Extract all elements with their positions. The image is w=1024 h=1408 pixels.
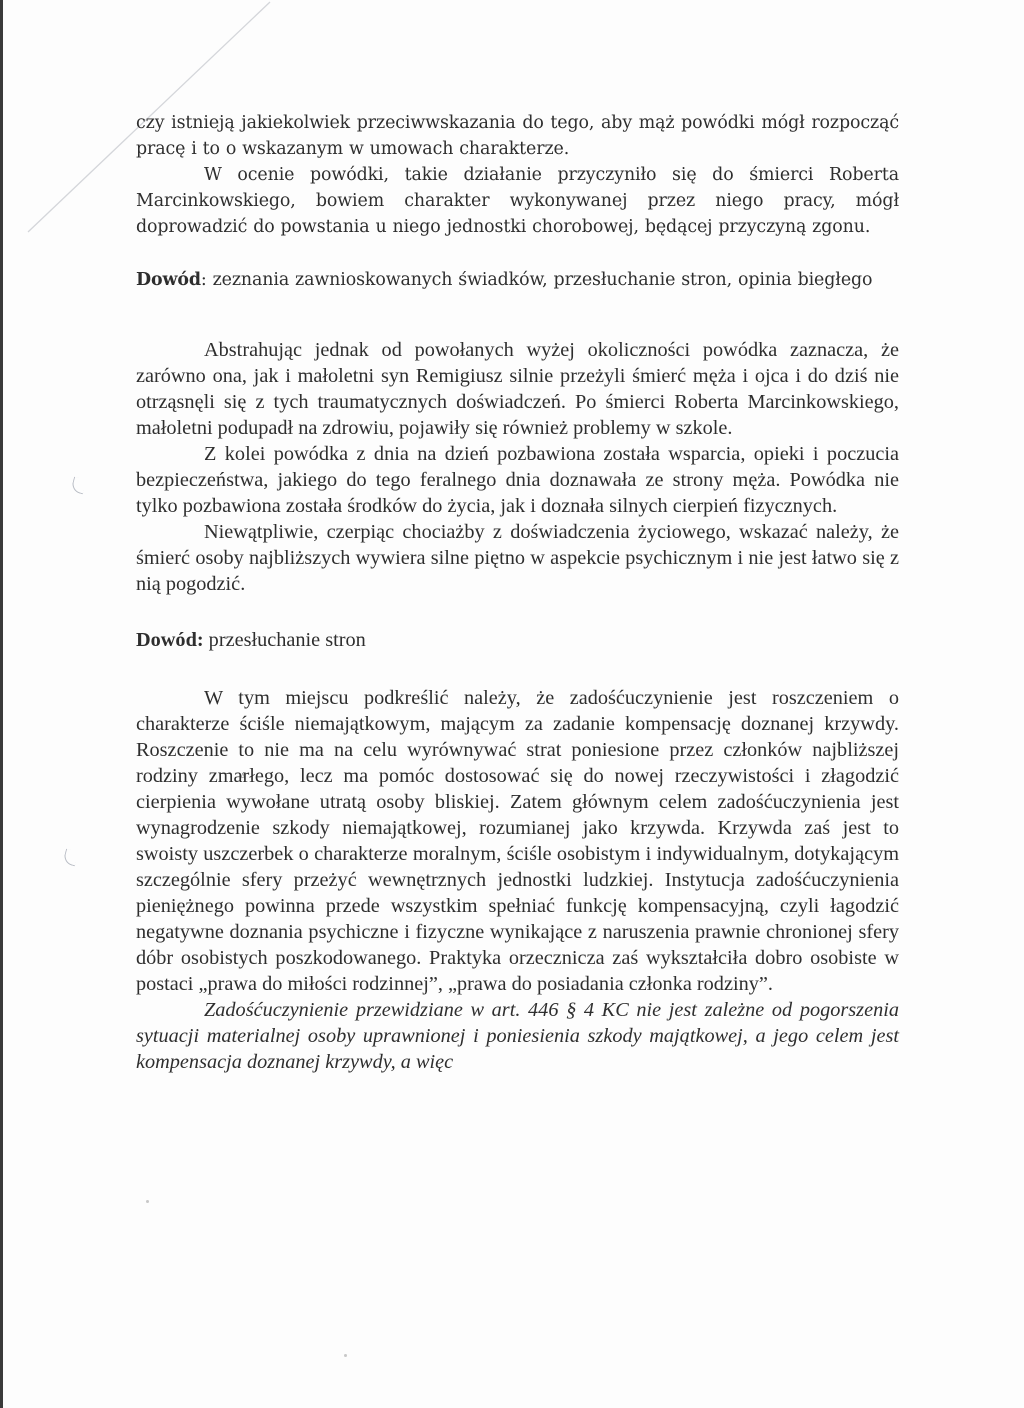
proof-text: : zeznania zawnioskowanych świadków, prz… <box>201 270 873 290</box>
punch-hole-mark-upper <box>70 477 86 495</box>
paragraph-plaintiff-assessment: W ocenie powódki, takie działanie przycz… <box>136 162 899 240</box>
paragraph-compensation-nature: W tym miejscu podkreślić należy, że zado… <box>136 685 899 997</box>
paragraph-psychological-impact: Niewątpliwie, czerpiąc chociażby z doświ… <box>136 519 899 597</box>
proof-label: Dowód: <box>136 629 204 651</box>
proof-witnesses: Dowód: zeznania zawnioskowanych świadków… <box>136 267 899 293</box>
scan-edge-shadow <box>0 0 3 1408</box>
paragraph-contraindications: czy istnieją jakiekolwiek przeciwwskazan… <box>136 110 899 162</box>
paragraph-loss-of-support: Z kolei powódka z dnia na dzień pozbawio… <box>136 441 899 519</box>
scan-speck <box>146 1200 149 1203</box>
proof-hearing: Dowód: przesłuchanie stron <box>136 627 899 653</box>
paragraph-art-446-citation: Zadośćuczynienie przewidziane w art. 446… <box>136 997 899 1075</box>
document-page: czy istnieją jakiekolwiek przeciwwskazan… <box>136 110 899 1075</box>
proof-text: przesłuchanie stron <box>204 629 366 651</box>
paragraph-trauma: Abstrahując jednak od powołanych wyżej o… <box>136 337 899 441</box>
punch-hole-mark-lower <box>62 849 78 867</box>
proof-label: Dowód <box>136 270 201 290</box>
scan-speck <box>344 1354 347 1357</box>
